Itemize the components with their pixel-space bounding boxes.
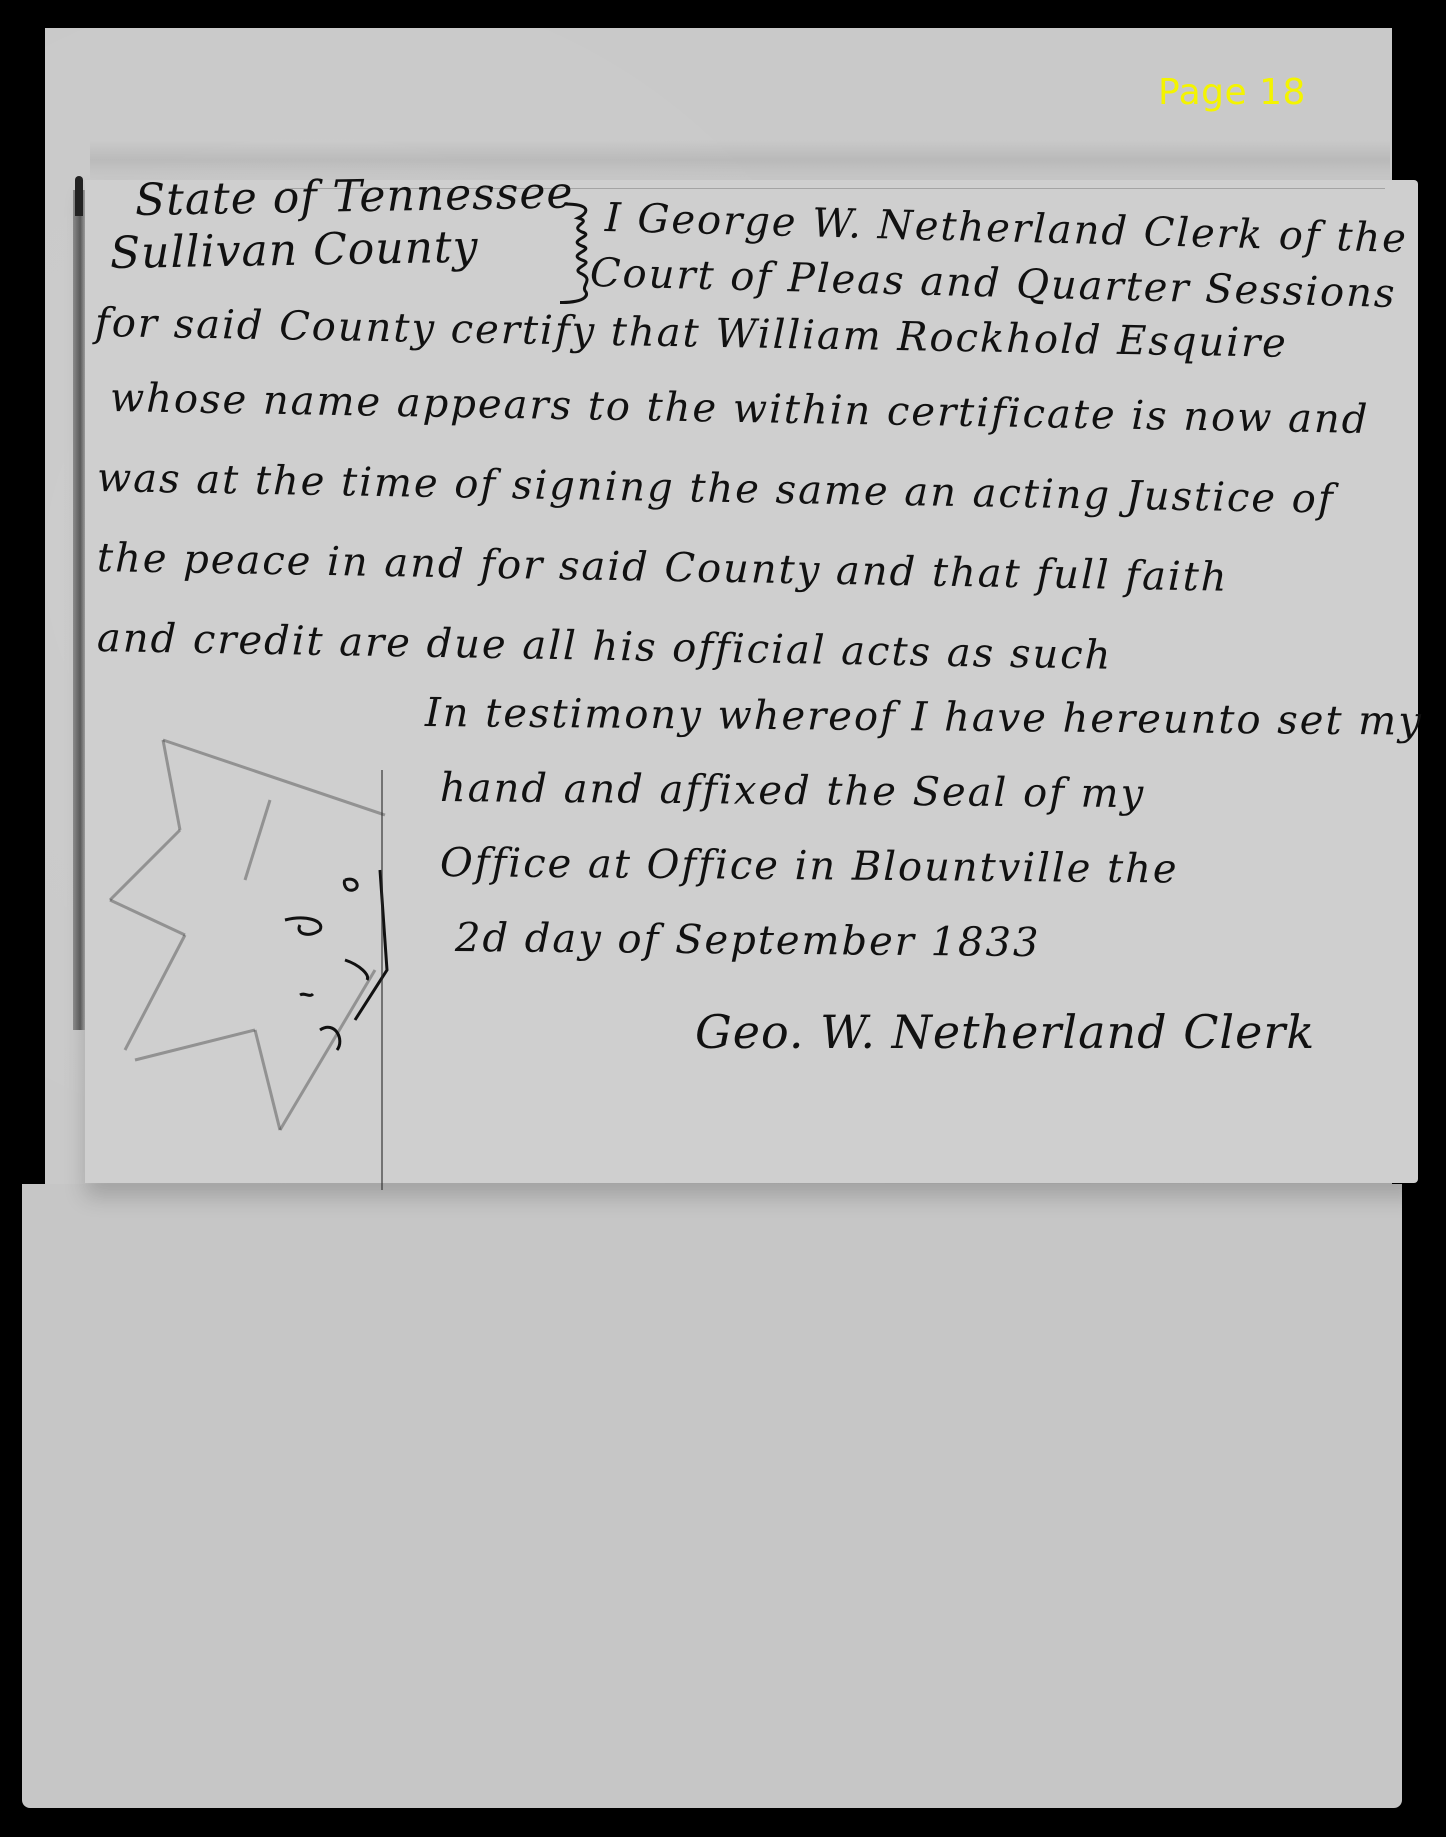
page-label: Page 18: [1158, 72, 1306, 113]
body-line-6: the peace in and for said County and tha…: [97, 535, 1229, 601]
seal-icon: [105, 720, 405, 1140]
clerk-signature: Geo. W. Netherland Clerk: [695, 1005, 1315, 1059]
body-line-5: was at the time of signing the same an a…: [97, 455, 1335, 523]
body-line-1: I George W. Netherland Clerk of the: [604, 195, 1408, 262]
certificate-slip: State of Tennessee Sullivan County I Geo…: [85, 180, 1418, 1183]
body-line-3: for said County certify that William Roc…: [95, 300, 1289, 367]
slip-edge: [73, 190, 85, 1030]
body-line-2: Court of Pleas and Quarter Sessions: [589, 250, 1397, 317]
caption-state: State of Tennessee: [135, 167, 574, 226]
attestation-line-4: 2d day of September 1833: [455, 915, 1041, 966]
back-sheet-lower: [22, 1184, 1402, 1808]
caption-county: Sullivan County: [110, 222, 479, 279]
attestation-line-1: In testimony whereof I have hereunto set…: [425, 690, 1423, 745]
attestation-line-3: Office at Office in Blountville the: [440, 840, 1179, 892]
body-line-7: and credit are due all his official acts…: [97, 615, 1113, 679]
body-line-4: whose name appears to the within certifi…: [110, 375, 1370, 443]
vertical-rule: [381, 770, 383, 1190]
attestation-line-2: hand and affixed the Seal of my: [440, 765, 1146, 817]
